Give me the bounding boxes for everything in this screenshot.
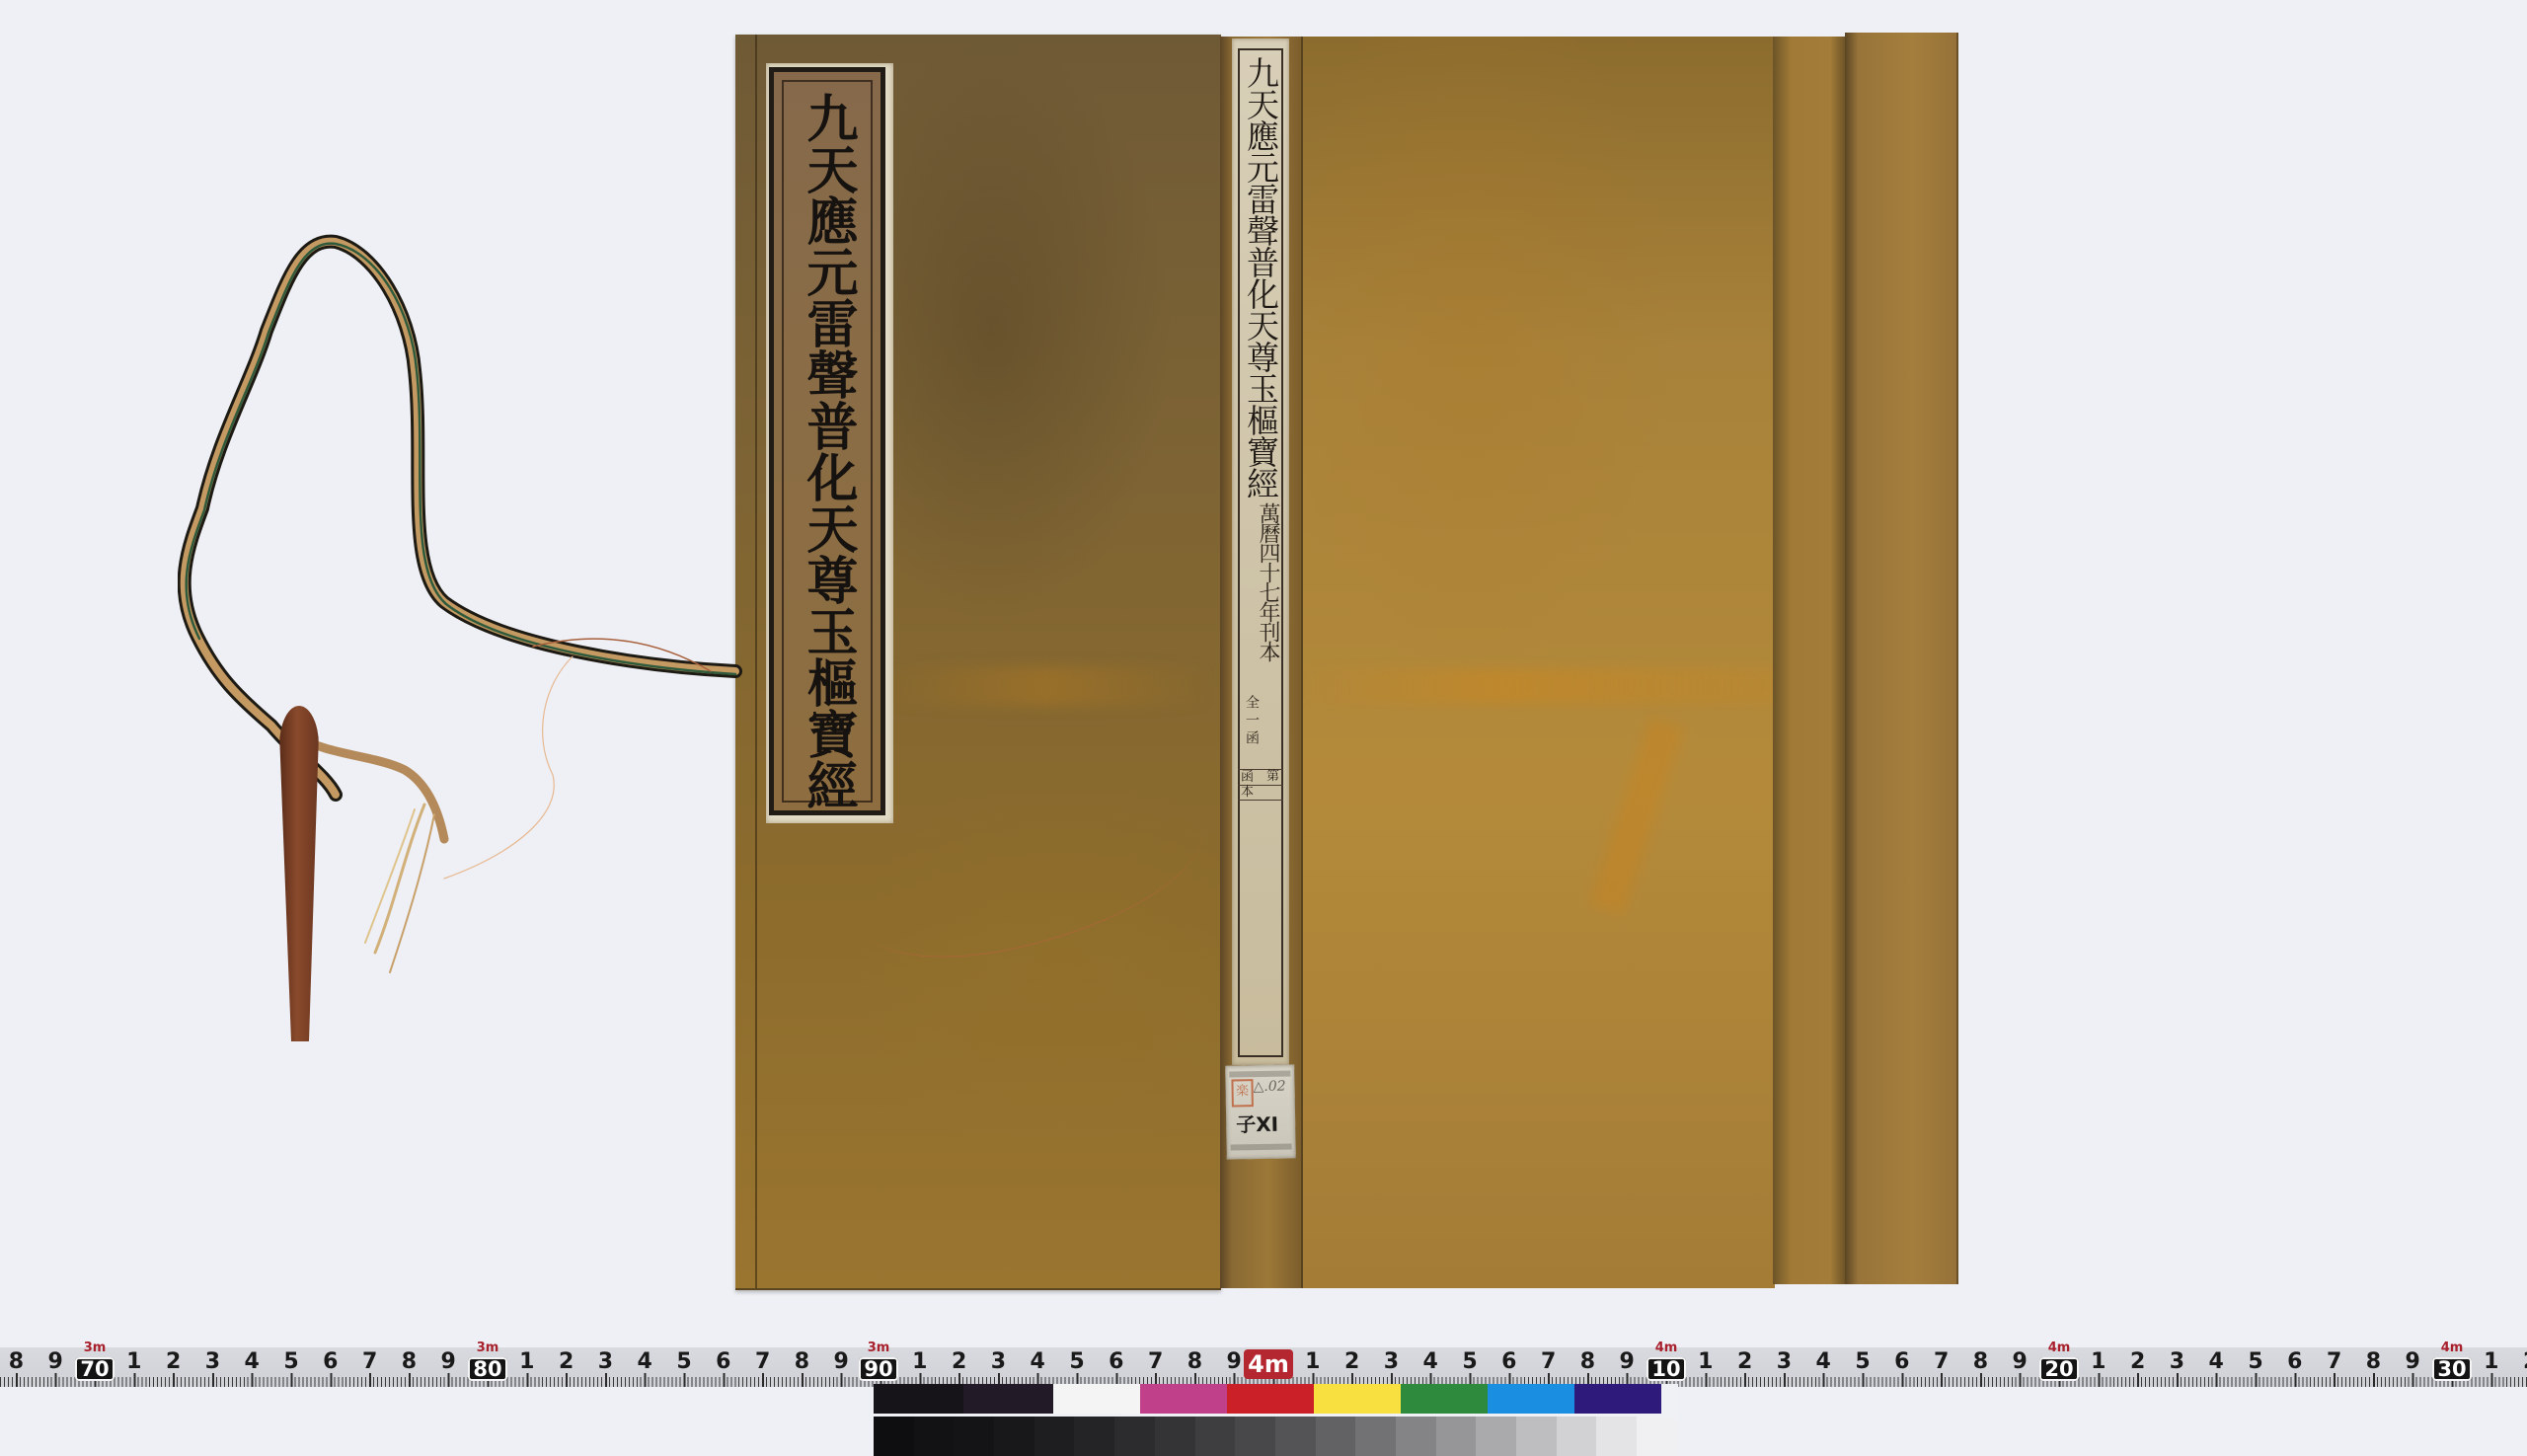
ruler-number: 8 bbox=[2363, 1349, 2383, 1374]
ruler-number: 3 bbox=[988, 1349, 1008, 1374]
spine-slip: 九天應元雷聲普化天尊玉樞寶經 萬曆四十七年刊本 全一函 第 函 本 bbox=[1232, 38, 1289, 1065]
gray-step bbox=[994, 1417, 1034, 1456]
ruler-number: 3 bbox=[2167, 1349, 2186, 1374]
call-number: 子XI bbox=[1236, 1109, 1278, 1138]
gray-step bbox=[1596, 1417, 1637, 1456]
ruler-number: 5 bbox=[1067, 1349, 1087, 1374]
ruler-number: 4 bbox=[1028, 1349, 1047, 1374]
loose-thread bbox=[843, 769, 1219, 979]
swatch-dark-purple bbox=[963, 1384, 1053, 1414]
ruler-meter-mark: 4m bbox=[1244, 1349, 1293, 1379]
gray-step bbox=[1476, 1417, 1516, 1456]
ruler-number: 8 bbox=[1970, 1349, 1990, 1374]
back-cover bbox=[1301, 37, 1775, 1288]
spine: 九天應元雷聲普化天尊玉樞寶經 萬曆四十七年刊本 全一函 第 函 本 楽 △.02… bbox=[1220, 37, 1301, 1288]
ruler-number: 5 bbox=[2246, 1349, 2265, 1374]
water-stain-diagonal bbox=[1589, 717, 1684, 915]
ruler-number: 6 bbox=[1107, 1349, 1126, 1374]
water-stain-horizontal bbox=[1303, 668, 1777, 704]
ruler-number: 7 bbox=[753, 1349, 773, 1374]
cover-stain bbox=[883, 666, 1209, 706]
ruler-number: 8 bbox=[6, 1349, 26, 1374]
ruler-meter-label: 4m bbox=[2039, 1341, 2079, 1355]
ruler-number: 7 bbox=[360, 1349, 380, 1374]
spine-volume-grid: 第 函 本 bbox=[1238, 769, 1283, 801]
ruler-number: 5 bbox=[1853, 1349, 1873, 1374]
ruler-number: 9 bbox=[1617, 1349, 1637, 1374]
red-seal: 楽 bbox=[1231, 1079, 1253, 1107]
ruler-number: 8 bbox=[399, 1349, 419, 1374]
ruler-number: 4 bbox=[242, 1349, 262, 1374]
ruler-number: 9 bbox=[1224, 1349, 1244, 1374]
ruler-number: 5 bbox=[1460, 1349, 1480, 1374]
ruler-number: 1 bbox=[2089, 1349, 2108, 1374]
color-swatch-row bbox=[874, 1384, 1661, 1414]
measurement-ruler: 8912345678912345678912345678912345678912… bbox=[0, 1347, 2527, 1387]
spine-grid-label-han: 函 bbox=[1241, 771, 1254, 785]
swatch-yellow bbox=[1314, 1384, 1401, 1414]
gray-step bbox=[914, 1417, 955, 1456]
ruler-number: 9 bbox=[438, 1349, 458, 1374]
ruler-number: 6 bbox=[1892, 1349, 1912, 1374]
gray-step bbox=[1355, 1417, 1396, 1456]
ruler-major-mark: 20 bbox=[2039, 1357, 2079, 1381]
swatch-cyan bbox=[1488, 1384, 1574, 1414]
tie-cord bbox=[178, 222, 750, 1041]
ruler-number: 3 bbox=[202, 1349, 222, 1374]
ruler-number: 3 bbox=[1381, 1349, 1401, 1374]
ruler-number: 2 bbox=[950, 1349, 969, 1374]
spine-volume-count: 全一函 bbox=[1240, 695, 1262, 748]
ruler-number: 4 bbox=[2206, 1349, 2226, 1374]
ruler-number: 6 bbox=[714, 1349, 733, 1374]
ruler-number: 8 bbox=[792, 1349, 811, 1374]
ruler-number: 7 bbox=[1932, 1349, 1952, 1374]
ruler-number: 2 bbox=[164, 1349, 184, 1374]
gray-step bbox=[1557, 1417, 1597, 1456]
ruler-number: 2 bbox=[1342, 1349, 1362, 1374]
ruler-number: 6 bbox=[2285, 1349, 2305, 1374]
ruler-number: 9 bbox=[2403, 1349, 2422, 1374]
ruler-major-mark: 10 bbox=[1646, 1357, 1686, 1381]
tag-stripe bbox=[1231, 1143, 1292, 1150]
library-call-tag: 楽 △.02 子XI bbox=[1225, 1064, 1296, 1159]
color-calibration-chart bbox=[874, 1384, 1678, 1456]
swatch-green bbox=[1401, 1384, 1488, 1414]
ruler-meter-label: 4m bbox=[2432, 1341, 2472, 1355]
ruler-number: 6 bbox=[1499, 1349, 1519, 1374]
spine-edition-note: 萬曆四十七年刊本 bbox=[1252, 502, 1281, 660]
ruler-number: 9 bbox=[2010, 1349, 2029, 1374]
spine-grid-label-dai: 第 bbox=[1266, 770, 1279, 784]
gray-step bbox=[1436, 1417, 1477, 1456]
ruler-number: 1 bbox=[1303, 1349, 1323, 1374]
spine-grid-label-hon: 本 bbox=[1241, 786, 1254, 800]
swatch-violet bbox=[1574, 1384, 1661, 1414]
case-fold-panel bbox=[1773, 37, 1845, 1284]
ruler-number: 3 bbox=[1774, 1349, 1794, 1374]
cover-edge-line bbox=[755, 35, 757, 1288]
gray-step bbox=[1195, 1417, 1236, 1456]
ruler-number: 5 bbox=[281, 1349, 301, 1374]
ruler-major-mark: 70 bbox=[75, 1357, 115, 1381]
gray-step bbox=[874, 1417, 914, 1456]
ruler-number: 9 bbox=[45, 1349, 65, 1374]
tag-stripe bbox=[1229, 1070, 1290, 1077]
gray-step bbox=[1155, 1417, 1195, 1456]
ruler-number: 4 bbox=[1420, 1349, 1440, 1374]
swatch-black bbox=[874, 1384, 963, 1414]
ruler-number: 7 bbox=[1539, 1349, 1559, 1374]
ruler-meter-label: 3m bbox=[859, 1341, 898, 1355]
title-slip: 九天應元雷聲普化天尊玉樞寶經 bbox=[766, 63, 893, 823]
ruler-number: 6 bbox=[321, 1349, 341, 1374]
ruler-number: 1 bbox=[2482, 1349, 2501, 1374]
gray-step bbox=[954, 1417, 994, 1456]
gray-step bbox=[1637, 1417, 1677, 1456]
case-fold-panel-outer bbox=[1845, 33, 1958, 1284]
ruler-number: 1 bbox=[517, 1349, 537, 1374]
gray-step bbox=[1396, 1417, 1436, 1456]
ruler-meter-label: 3m bbox=[75, 1341, 115, 1355]
ruler-meter-label: 3m bbox=[468, 1341, 507, 1355]
gray-step bbox=[1074, 1417, 1114, 1456]
ruler-number: 4 bbox=[1813, 1349, 1833, 1374]
gray-step bbox=[1275, 1417, 1316, 1456]
ruler-number: 4 bbox=[635, 1349, 654, 1374]
ruler-number: 2 bbox=[2521, 1349, 2527, 1374]
ruler-number: 8 bbox=[1577, 1349, 1597, 1374]
swatch-magenta bbox=[1140, 1384, 1227, 1414]
ruler-number: 2 bbox=[2128, 1349, 2148, 1374]
ruler-major-mark: 80 bbox=[468, 1357, 507, 1381]
gray-step bbox=[1235, 1417, 1275, 1456]
ruler-number: 2 bbox=[1735, 1349, 1755, 1374]
ruler-major-mark: 30 bbox=[2432, 1357, 2472, 1381]
swatch-red bbox=[1227, 1384, 1314, 1414]
ruler-number: 1 bbox=[910, 1349, 930, 1374]
ruler-number: 7 bbox=[1146, 1349, 1166, 1374]
ruler-number: 2 bbox=[557, 1349, 576, 1374]
ruler-major-mark: 90 bbox=[859, 1357, 898, 1381]
ruler-number: 3 bbox=[595, 1349, 615, 1374]
ruler-number: 8 bbox=[1185, 1349, 1204, 1374]
book-title: 九天應元雷聲普化天尊玉樞寶經 bbox=[774, 86, 881, 816]
title-slip-frame: 九天應元雷聲普化天尊玉樞寶經 bbox=[769, 67, 885, 815]
front-cover: 九天應元雷聲普化天尊玉樞寶經 bbox=[735, 35, 1221, 1290]
ruler-number: 1 bbox=[1696, 1349, 1716, 1374]
book: 九天應元雷聲普化天尊玉樞寶經 九天應元雷聲普化天尊玉樞寶經 萬曆四十七年刊本 全… bbox=[735, 33, 1956, 1289]
ruler-number: 7 bbox=[2325, 1349, 2344, 1374]
gray-step bbox=[1034, 1417, 1075, 1456]
ruler-number: 5 bbox=[674, 1349, 694, 1374]
gray-step bbox=[1316, 1417, 1356, 1456]
gray-step bbox=[1516, 1417, 1557, 1456]
tag-handwritten-number: △.02 bbox=[1253, 1079, 1285, 1096]
ruler-number: 1 bbox=[124, 1349, 144, 1374]
spine-title: 九天應元雷聲普化天尊玉樞寶經 bbox=[1240, 56, 1281, 498]
ruler-meter-label: 4m bbox=[1646, 1341, 1686, 1355]
swatch-white bbox=[1053, 1384, 1140, 1414]
grayscale-row bbox=[874, 1417, 1677, 1456]
gray-step bbox=[1114, 1417, 1155, 1456]
ruler-number: 9 bbox=[831, 1349, 851, 1374]
